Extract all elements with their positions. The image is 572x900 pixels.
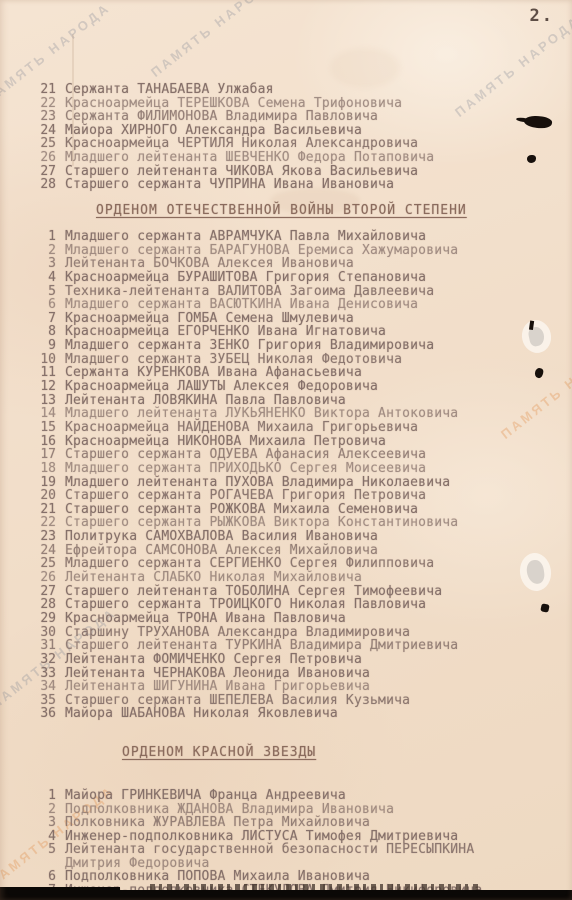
list-item: 2Младшего сержанта БАРАГУНОВА Еремиса Ха… bbox=[30, 243, 458, 257]
award-list-patriotic-war: 1Младшего сержанта АВРАМЧУКА Павла Михай… bbox=[30, 229, 458, 720]
item-number: 26 bbox=[30, 570, 56, 585]
list-item: 32Лейтенанта ФОМИЧЕНКО Сергея Петровича bbox=[30, 652, 458, 666]
list-item: 35Старшего сержанта ШЕПЕЛЕВА Василия Куз… bbox=[30, 693, 458, 707]
item-number: 18 bbox=[30, 461, 56, 476]
item-text: Майора ШАБАНОВА Николая Яковлевича bbox=[65, 706, 338, 721]
archive-watermark: ПАМЯТЬ НАРОДА bbox=[452, 13, 572, 120]
item-text: Старшего сержанта РЫЖКОВА Виктора Конста… bbox=[65, 515, 458, 530]
item-number: 36 bbox=[30, 706, 56, 721]
list-item: 24Ефрейтора САМСОНОВА Алексея Михайлович… bbox=[30, 543, 458, 557]
item-number: 3 bbox=[30, 815, 56, 830]
list-item: 7Красноармейца ГОМБА Семена Шмулевича bbox=[30, 311, 458, 325]
list-item: 14Младшего лейтенанта ЛУКЬЯНЕНКО Виктора… bbox=[30, 406, 458, 420]
item-text: Лейтенанта БОЧКОВА Алексея Ивановича bbox=[65, 256, 354, 271]
punch-hole-tear bbox=[527, 326, 546, 348]
list-item: 11Сержанта КУРЕНКОВА Ивана Афанасьевича bbox=[30, 365, 458, 379]
list-item: 36Майора ШАБАНОВА Николая Яковлевича bbox=[30, 706, 458, 720]
award-list-continuation: 21Сержанта ТАНАБАЕВА Улжабая22Красноарме… bbox=[30, 82, 434, 191]
item-number: 10 bbox=[30, 352, 56, 367]
list-item: 20Старшего сержанта РОГАЧЕВА Григория Пе… bbox=[30, 488, 458, 502]
list-item: 6Младшего сержанта ВАСЮТКИНА Ивана Денис… bbox=[30, 297, 458, 311]
list-item: 5Лейтенанта государственной безопасности… bbox=[30, 842, 482, 856]
list-item: 1Младшего сержанта АВРАМЧУКА Павла Михай… bbox=[30, 229, 458, 243]
item-text: Красноармейца НАЙДЕНОВА Михаила Григорье… bbox=[65, 420, 418, 435]
item-number: 22 bbox=[30, 515, 56, 530]
item-text: Старшего сержанта ЧУПРИНА Ивана Иванович… bbox=[65, 177, 394, 192]
list-item: 21Сержанта ТАНАБАЕВА Улжабая bbox=[30, 82, 434, 96]
list-item: 18Младшего сержанта ПРИХОДЬКО Сергея Мои… bbox=[30, 461, 458, 475]
item-text: Младшего лейтенанта ШЕВЧЕНКО Федора Пота… bbox=[65, 150, 434, 165]
list-item: 3Лейтенанта БОЧКОВА Алексея Ивановича bbox=[30, 256, 458, 270]
list-item: 15Красноармейца НАЙДЕНОВА Михаила Григор… bbox=[30, 420, 458, 434]
item-text: Старшего сержанта РОГАЧЕВА Григория Петр… bbox=[65, 488, 426, 503]
list-item: 16Красноармейца НИКОНОВА Михаила Петрови… bbox=[30, 434, 458, 448]
award-list-red-star: 1Майора ГРИНКЕВИЧА Франца Андреевича2Под… bbox=[30, 788, 482, 896]
list-item: 25Красноармейца ЧЕРТИЛЯ Николая Александ… bbox=[30, 136, 434, 150]
list-item: 33Лейтенанта ЧЕРНАКОВА Леонида Ивановича bbox=[30, 666, 458, 680]
list-item: 21Старшего сержанта РОЖКОВА Михаила Семе… bbox=[30, 502, 458, 516]
punch-hole-tear bbox=[525, 559, 545, 585]
list-item: 4Красноармейца БУРАШИТОВА Григория Степа… bbox=[30, 270, 458, 284]
list-item: 23Политрука САМОХВАЛОВА Василия Иванович… bbox=[30, 529, 458, 543]
document-scan-page: 2. ПАМЯТЬ НАРОДА ПАМЯТЬ НАРОДА ПАМЯТЬ НА… bbox=[0, 0, 572, 900]
item-text: Младшего сержанта ЗУБЕЦ Николая Федотови… bbox=[65, 352, 402, 367]
item-number: 31 bbox=[30, 638, 56, 653]
page-number: 2. bbox=[530, 6, 554, 26]
list-item: 12Красноармейца ЛАШУТЫ Алексея Федорович… bbox=[30, 379, 458, 393]
punch-hole-tear bbox=[540, 603, 549, 612]
item-text: Младшего сержанта ВАСЮТКИНА Ивана Денисо… bbox=[65, 297, 418, 312]
list-item: 9Младшего сержанта ЗЕНКО Григория Владим… bbox=[30, 338, 458, 352]
item-number: 23 bbox=[30, 109, 56, 124]
scan-edge-bar bbox=[0, 890, 572, 900]
list-item: 27Старшего лейтенанта ЧИКОВА Якова Васил… bbox=[30, 164, 434, 178]
section-header-red-star: ОРДЕНОМ КРАСНОЙ ЗВЕЗДЫ bbox=[122, 745, 316, 760]
list-item: 3Полковника ЖУРАВЛЕВА Петра Михайловича bbox=[30, 815, 482, 829]
item-text: Лейтенанта СЛАБКО Николая Михайловича bbox=[65, 570, 362, 585]
punch-hole-tear bbox=[523, 114, 552, 130]
list-item: 10Младшего сержанта ЗУБЕЦ Николая Федото… bbox=[30, 352, 458, 366]
list-item: 26Лейтенанта СЛАБКО Николая Михайловича bbox=[30, 570, 458, 584]
list-item: 28Старшего сержанта ТРОИЦКОГО Николая Па… bbox=[30, 597, 458, 611]
list-item: 29Красноармейца ТРОНА Ивана Павловича bbox=[30, 611, 458, 625]
list-item: 1Майора ГРИНКЕВИЧА Франца Андреевича bbox=[30, 788, 482, 802]
punch-hole-tear bbox=[534, 367, 545, 379]
list-item: 34Лейтенанта ШИГУНИНА Ивана Григорьевича bbox=[30, 679, 458, 693]
list-item: 2Подполковника ЖДАНОВА Владимира Иванови… bbox=[30, 802, 482, 816]
item-text: Полковника ЖУРАВЛЕВА Петра Михайловича bbox=[65, 815, 370, 830]
list-item: 5Техника-лейтенанта ВАЛИТОВА Загоима Дав… bbox=[30, 284, 458, 298]
item-text: Дмитрия Федоровича bbox=[65, 856, 209, 871]
list-item: 28Старшего сержанта ЧУПРИНА Ивана Иванов… bbox=[30, 177, 434, 191]
item-text: Сержанта ФИЛИМОНОВА Владимира Павловича bbox=[65, 109, 378, 124]
list-item: 4Инженер-подполковника ЛИСТУСА Тимофея Д… bbox=[30, 829, 482, 843]
item-number: 26 bbox=[30, 150, 56, 165]
punch-hole-tear bbox=[527, 155, 536, 163]
list-item: 27Старшего лейтенанта ТОБОЛИНА Сергея Ти… bbox=[30, 584, 458, 598]
list-item: 31Старшего лейтенанта ТУРКИНА Владимира … bbox=[30, 638, 458, 652]
list-item: 25Младшего сержанта СЕРГИЕНКО Сергея Фил… bbox=[30, 556, 458, 570]
list-item: 6Подполковника ПОПОВА Михаила Ивановича bbox=[30, 869, 482, 883]
section-header-patriotic-war: ОРДЕНОМ ОТЕЧЕСТВЕННОЙ ВОЙНЫ ВТОРОЙ СТЕПЕ… bbox=[96, 203, 467, 218]
list-item: 30Старшину ТРУХАНОВА Александра Владимир… bbox=[30, 625, 458, 639]
archive-watermark: ПАМЯТЬ НАРОДА bbox=[148, 0, 279, 80]
list-item: 26Младшего лейтенанта ШЕВЧЕНКО Федора По… bbox=[30, 150, 434, 164]
item-text: Старшего сержанта ШЕПЕЛЕВА Василия Кузьм… bbox=[65, 693, 410, 708]
item-number: 28 bbox=[30, 177, 56, 192]
list-item: Дмитрия Федоровича bbox=[30, 856, 482, 870]
list-item: 17Старшего сержанта ОДУЕВА Афанасия Алек… bbox=[30, 447, 458, 461]
list-item: 23Сержанта ФИЛИМОНОВА Владимира Павлович… bbox=[30, 109, 434, 123]
item-number: 3 bbox=[30, 256, 56, 271]
item-number: 6 bbox=[30, 297, 56, 312]
list-item: 19Младшего лейтенанта ПУХОВА Владимира Н… bbox=[30, 475, 458, 489]
list-item: 13Лейтенанта ЛОВЯКИНА Павла Павловича bbox=[30, 393, 458, 407]
item-number: 35 bbox=[30, 693, 56, 708]
item-text: Старшего лейтенанта ТУРКИНА Владимира Дм… bbox=[65, 638, 458, 653]
item-number: 20 bbox=[30, 488, 56, 503]
list-item: 24Майора ХИРНОГО Александра Васильевича bbox=[30, 123, 434, 137]
list-item: 8Красноармейца ЕГОРЧЕНКО Ивана Игнатович… bbox=[30, 324, 458, 338]
item-number: 15 bbox=[30, 420, 56, 435]
item-text: Младшего сержанта ПРИХОДЬКО Сергея Моисе… bbox=[65, 461, 426, 476]
list-item: 22Старшего сержанта РЫЖКОВА Виктора Конс… bbox=[30, 515, 458, 529]
list-item: 22Красноармейца ТЕРЕШКОВА Семена Трифоно… bbox=[30, 96, 434, 110]
